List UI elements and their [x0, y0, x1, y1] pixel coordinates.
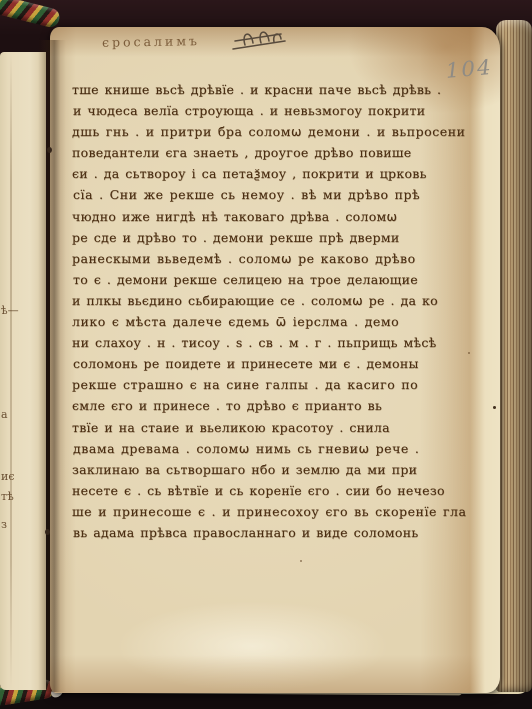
manuscript-line: ше и принесоше є . и принесохоу єго вь с…	[72, 501, 482, 522]
fore-edge-page-stack	[496, 20, 532, 692]
facing-page-ink-mark: иє	[1, 470, 19, 483]
manuscript-line: ни слахоу . н . тисоу . ѕ . св . м . г .…	[72, 332, 482, 353]
manuscript-line: соломонь ре поидете и принесете ми є . д…	[73, 353, 482, 374]
manuscript-line: рекше страшно є на сине галпы . да касиг…	[72, 374, 482, 395]
manuscript-line: дшь гнь . и притри бра соломѡ демони . и…	[72, 121, 482, 142]
manuscript-line: несете є . сь вѣтвїе и сь коренїе єго . …	[72, 480, 482, 501]
manuscript-line: ємле єго и принесе . то дрѣво є прианто …	[72, 395, 482, 416]
manuscript-line: тше книше вьсѣ дрѣвїе . и красни паче вь…	[72, 79, 482, 100]
text-block: тше книше вьсѣ дрѣвїе . и красни паче вь…	[72, 79, 482, 549]
manuscript-line: и чюдеса велїа строующа . и невьзмогоу п…	[73, 100, 482, 121]
manuscript-line: заклинаю ва сьтворшаго нбо и землю да ми…	[72, 459, 482, 480]
ink-speck	[468, 352, 470, 354]
facing-page-ink-mark: з	[1, 518, 19, 531]
facing-page-ink-mark: тѣ	[1, 490, 19, 503]
facing-page-ink-mark: ѣ—	[1, 304, 19, 317]
manuscript-line: твїе и на стаие и вьеликою красотоу . сн…	[72, 417, 482, 438]
manuscript-line: то є . демони рекше селицею на трое дела…	[73, 269, 482, 290]
manuscript-page: єросалимъ 104 тше книше вьсѣ дрѣвїе . и …	[50, 27, 500, 693]
manuscript-line: ранескыми вьведемѣ . соломѡ ре каково др…	[72, 248, 482, 269]
crossed-out-scribble	[230, 26, 292, 54]
manuscript-line: лико є мѣста далече єдемь ѿ іерслма . де…	[72, 311, 482, 332]
manuscript-line: двама древама . соломѡ нимь сь гневиѡ ре…	[73, 438, 482, 459]
manuscript-line: и плкы вьєдино сьбирающие се . соломѡ ре…	[72, 290, 482, 311]
ink-dot	[493, 406, 496, 409]
endband-top-braid	[0, 0, 61, 29]
header-annotation: єросалимъ	[102, 33, 200, 50]
facing-page-edge: ѣ—аиєтѣз	[0, 52, 46, 690]
sewing-hole	[47, 147, 52, 153]
manuscript-line: єи . да сьтвороу і са петаѯмоу , покрити…	[72, 163, 482, 184]
manuscript-line: сїа . Сни же рекше сь немоу . вѣ ми дрѣв…	[73, 184, 482, 205]
manuscript-line: вь адама прѣвса правосланнаго и виде сол…	[73, 522, 482, 543]
facing-page-fold-line	[10, 52, 12, 690]
facing-page-ink-mark: а	[1, 408, 19, 421]
photo-background: ѣ—аиєтѣз єросалимъ 104 тше книше вьсѣ др…	[0, 0, 532, 709]
ink-speck	[300, 560, 302, 562]
manuscript-line: чюдно иже нигдѣ нѣ таковаго дрѣва . соло…	[72, 206, 482, 227]
manuscript-line: ре сде и дрѣво то . демони рекше прѣ две…	[72, 227, 482, 248]
sewing-hole	[45, 529, 50, 535]
manuscript-line: поведантели єга знаеть , дроугое дрѣво п…	[72, 142, 482, 163]
